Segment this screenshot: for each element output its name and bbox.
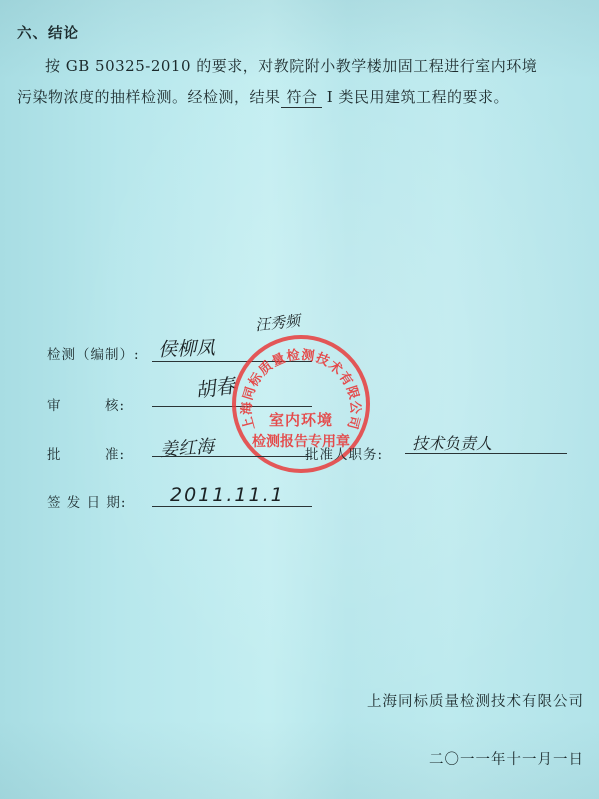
result-fill-field: 符合 <box>281 86 322 108</box>
conclusion-line-2: 污染物浓度的抽样检测。经检测，结果符合 I 类民用建筑工程的要求。 <box>17 86 577 108</box>
approver-signature: 姜红海 <box>159 432 215 462</box>
approver-title-label: 批准人职务: <box>305 443 383 463</box>
tester-label: 检测（编制）: <box>47 343 140 363</box>
seal-center-line-1: 室内环境 <box>236 409 366 430</box>
tester-signature-2: 汪秀频 <box>254 310 301 336</box>
conclusion-line-2-prefix: 污染物浓度的抽样检测。经检测，结果 <box>17 88 281 106</box>
issue-date-formal: 二〇一一年十一月一日 <box>429 748 584 769</box>
issue-date-label: 签 发 日 期: <box>47 491 126 511</box>
conclusion-line-1: 按 GB 50325-2010 的要求，对教院附小教学楼加固工程进行室内环境 <box>45 55 599 76</box>
reviewer-label: 审 核: <box>47 394 125 414</box>
tester-signature: 侯柳凤 <box>158 333 216 362</box>
issuer-company: 上海同标质量检测技术有限公司 <box>367 690 584 711</box>
conclusion-line-2-suffix: I 类民用建筑工程的要求。 <box>322 88 509 106</box>
issue-date-line <box>152 506 312 507</box>
approver-title-handwriting: 技术负责人 <box>412 431 492 454</box>
section-title: 六、结论 <box>17 22 79 43</box>
issue-date-handwriting: 2011.11.1 <box>170 484 285 506</box>
approver-label: 批 准: <box>47 443 125 463</box>
reviewer-signature: 胡春 <box>193 369 237 403</box>
